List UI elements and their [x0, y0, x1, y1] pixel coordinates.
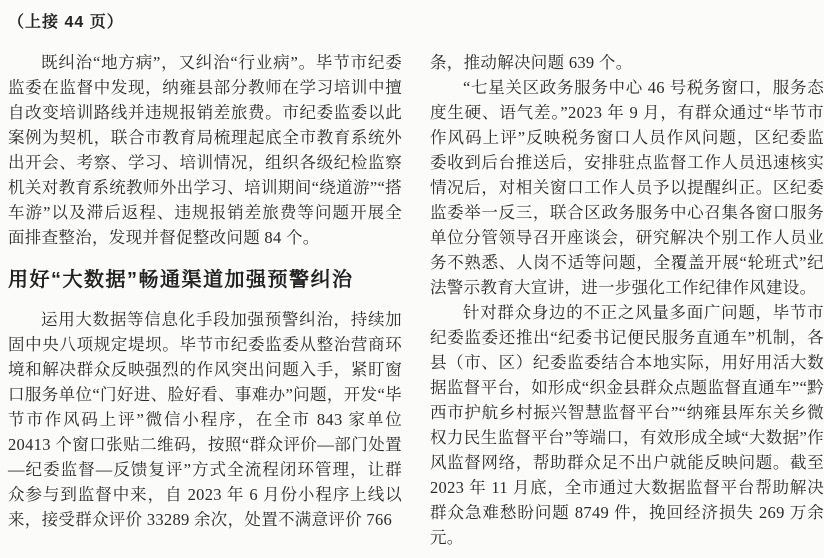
continuation-note: （上接 44 页） — [8, 12, 402, 34]
paragraph-supervision-platforms: 针对群众身边的不正之风量多面广问题，毕节市纪委监委还推出“纪委书记便民服务直通车… — [430, 300, 824, 550]
paragraph-rectify-local-industry-ills: 既纠治“地方病”，又纠治“行业病”。毕节市纪委监委在监督中发现，纳雍县部分教师在… — [8, 50, 402, 250]
right-column: 条，推动解决问题 639 个。 “七星关区政务服务中心 46 号税务窗口，服务态… — [430, 12, 824, 558]
paragraph-tax-window-case: “七星关区政务服务中心 46 号税务窗口，服务态度生硬、语气差。”2023 年 … — [430, 75, 824, 300]
section-heading: 用好“大数据”畅通渠道加强预警纠治 — [8, 266, 402, 294]
document-page: （上接 44 页） 既纠治“地方病”，又纠治“行业病”。毕节市纪委监委在监督中发… — [0, 0, 824, 558]
paragraph-big-data-early-warning-continuation: 条，推动解决问题 639 个。 — [430, 50, 824, 75]
paragraph-big-data-early-warning-part1: 运用大数据等信息化手段加强预警纠治，持续加固中央八项规定堤坝。毕节市纪委监委从整… — [8, 307, 402, 532]
left-column: （上接 44 页） 既纠治“地方病”，又纠治“行业病”。毕节市纪委监委在监督中发… — [8, 12, 402, 558]
